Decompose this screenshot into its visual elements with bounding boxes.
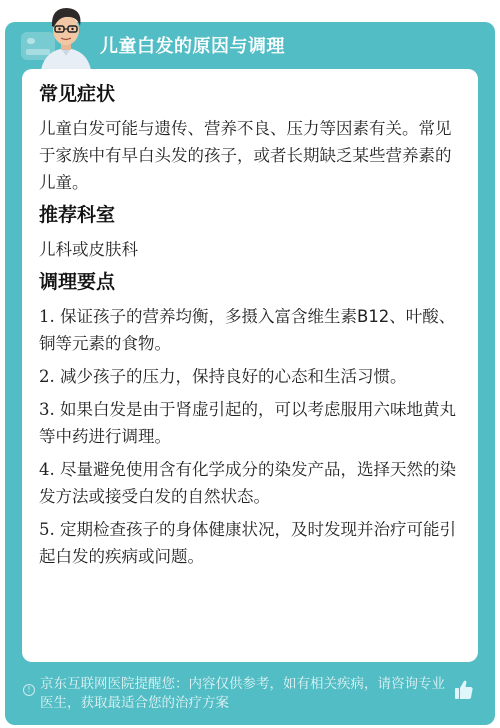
health-card: 儿童白发的原因与调理 常见症状 儿童白发可能与遗传、营养不良、压力等因素有关。常… [5,22,495,725]
list-item: 3. 如果白发是由于肾虚引起的，可以考虑服用六味地黄丸等中药进行调理。 [39,396,461,450]
info-icon: ! [23,684,35,696]
section-title: 常见症状 [39,81,461,107]
doctor-avatar [31,0,101,70]
card-header: 儿童白发的原因与调理 [5,22,495,70]
content-panel: 常见症状 儿童白发可能与遗传、营养不良、压力等因素有关。常见于家族中有早白头发的… [22,69,478,662]
list-item: 5. 定期检查孩子的身体健康状况，及时发现并治疗可能引起白发的疾病或问题。 [39,516,461,570]
section-title: 调理要点 [39,269,461,295]
list-item: 4. 尽量避免使用含有化学成分的染发产品，选择天然的染发方法或接受白发的自然状态… [39,456,461,510]
section-care-points: 调理要点 1. 保证孩子的营养均衡，多摄入富含维生素B12、叶酸、铜等元素的食物… [39,269,461,570]
thumbs-up-icon[interactable] [453,679,475,701]
section-body: 儿科或皮肤科 [39,236,461,263]
list-item: 2. 减少孩子的压力，保持良好的心态和生活习惯。 [39,363,461,390]
disclaimer-text: 京东互联网医院提醒您：内容仅供参考，如有相关疾病，请咨询专业医生，获取最适合您的… [40,675,455,713]
section-department: 推荐科室 儿科或皮肤科 [39,202,461,263]
list-item: 1. 保证孩子的营养均衡，多摄入富含维生素B12、叶酸、铜等元素的食物。 [39,303,461,357]
section-title: 推荐科室 [39,202,461,228]
page-title: 儿童白发的原因与调理 [100,32,285,58]
section-body: 儿童白发可能与遗传、营养不良、压力等因素有关。常见于家族中有早白头发的孩子，或者… [39,115,461,196]
section-symptoms: 常见症状 儿童白发可能与遗传、营养不良、压力等因素有关。常见于家族中有早白头发的… [39,81,461,196]
disclaimer-footer: ! 京东互联网医院提醒您：内容仅供参考，如有相关疾病，请咨询专业医生，获取最适合… [5,672,495,722]
